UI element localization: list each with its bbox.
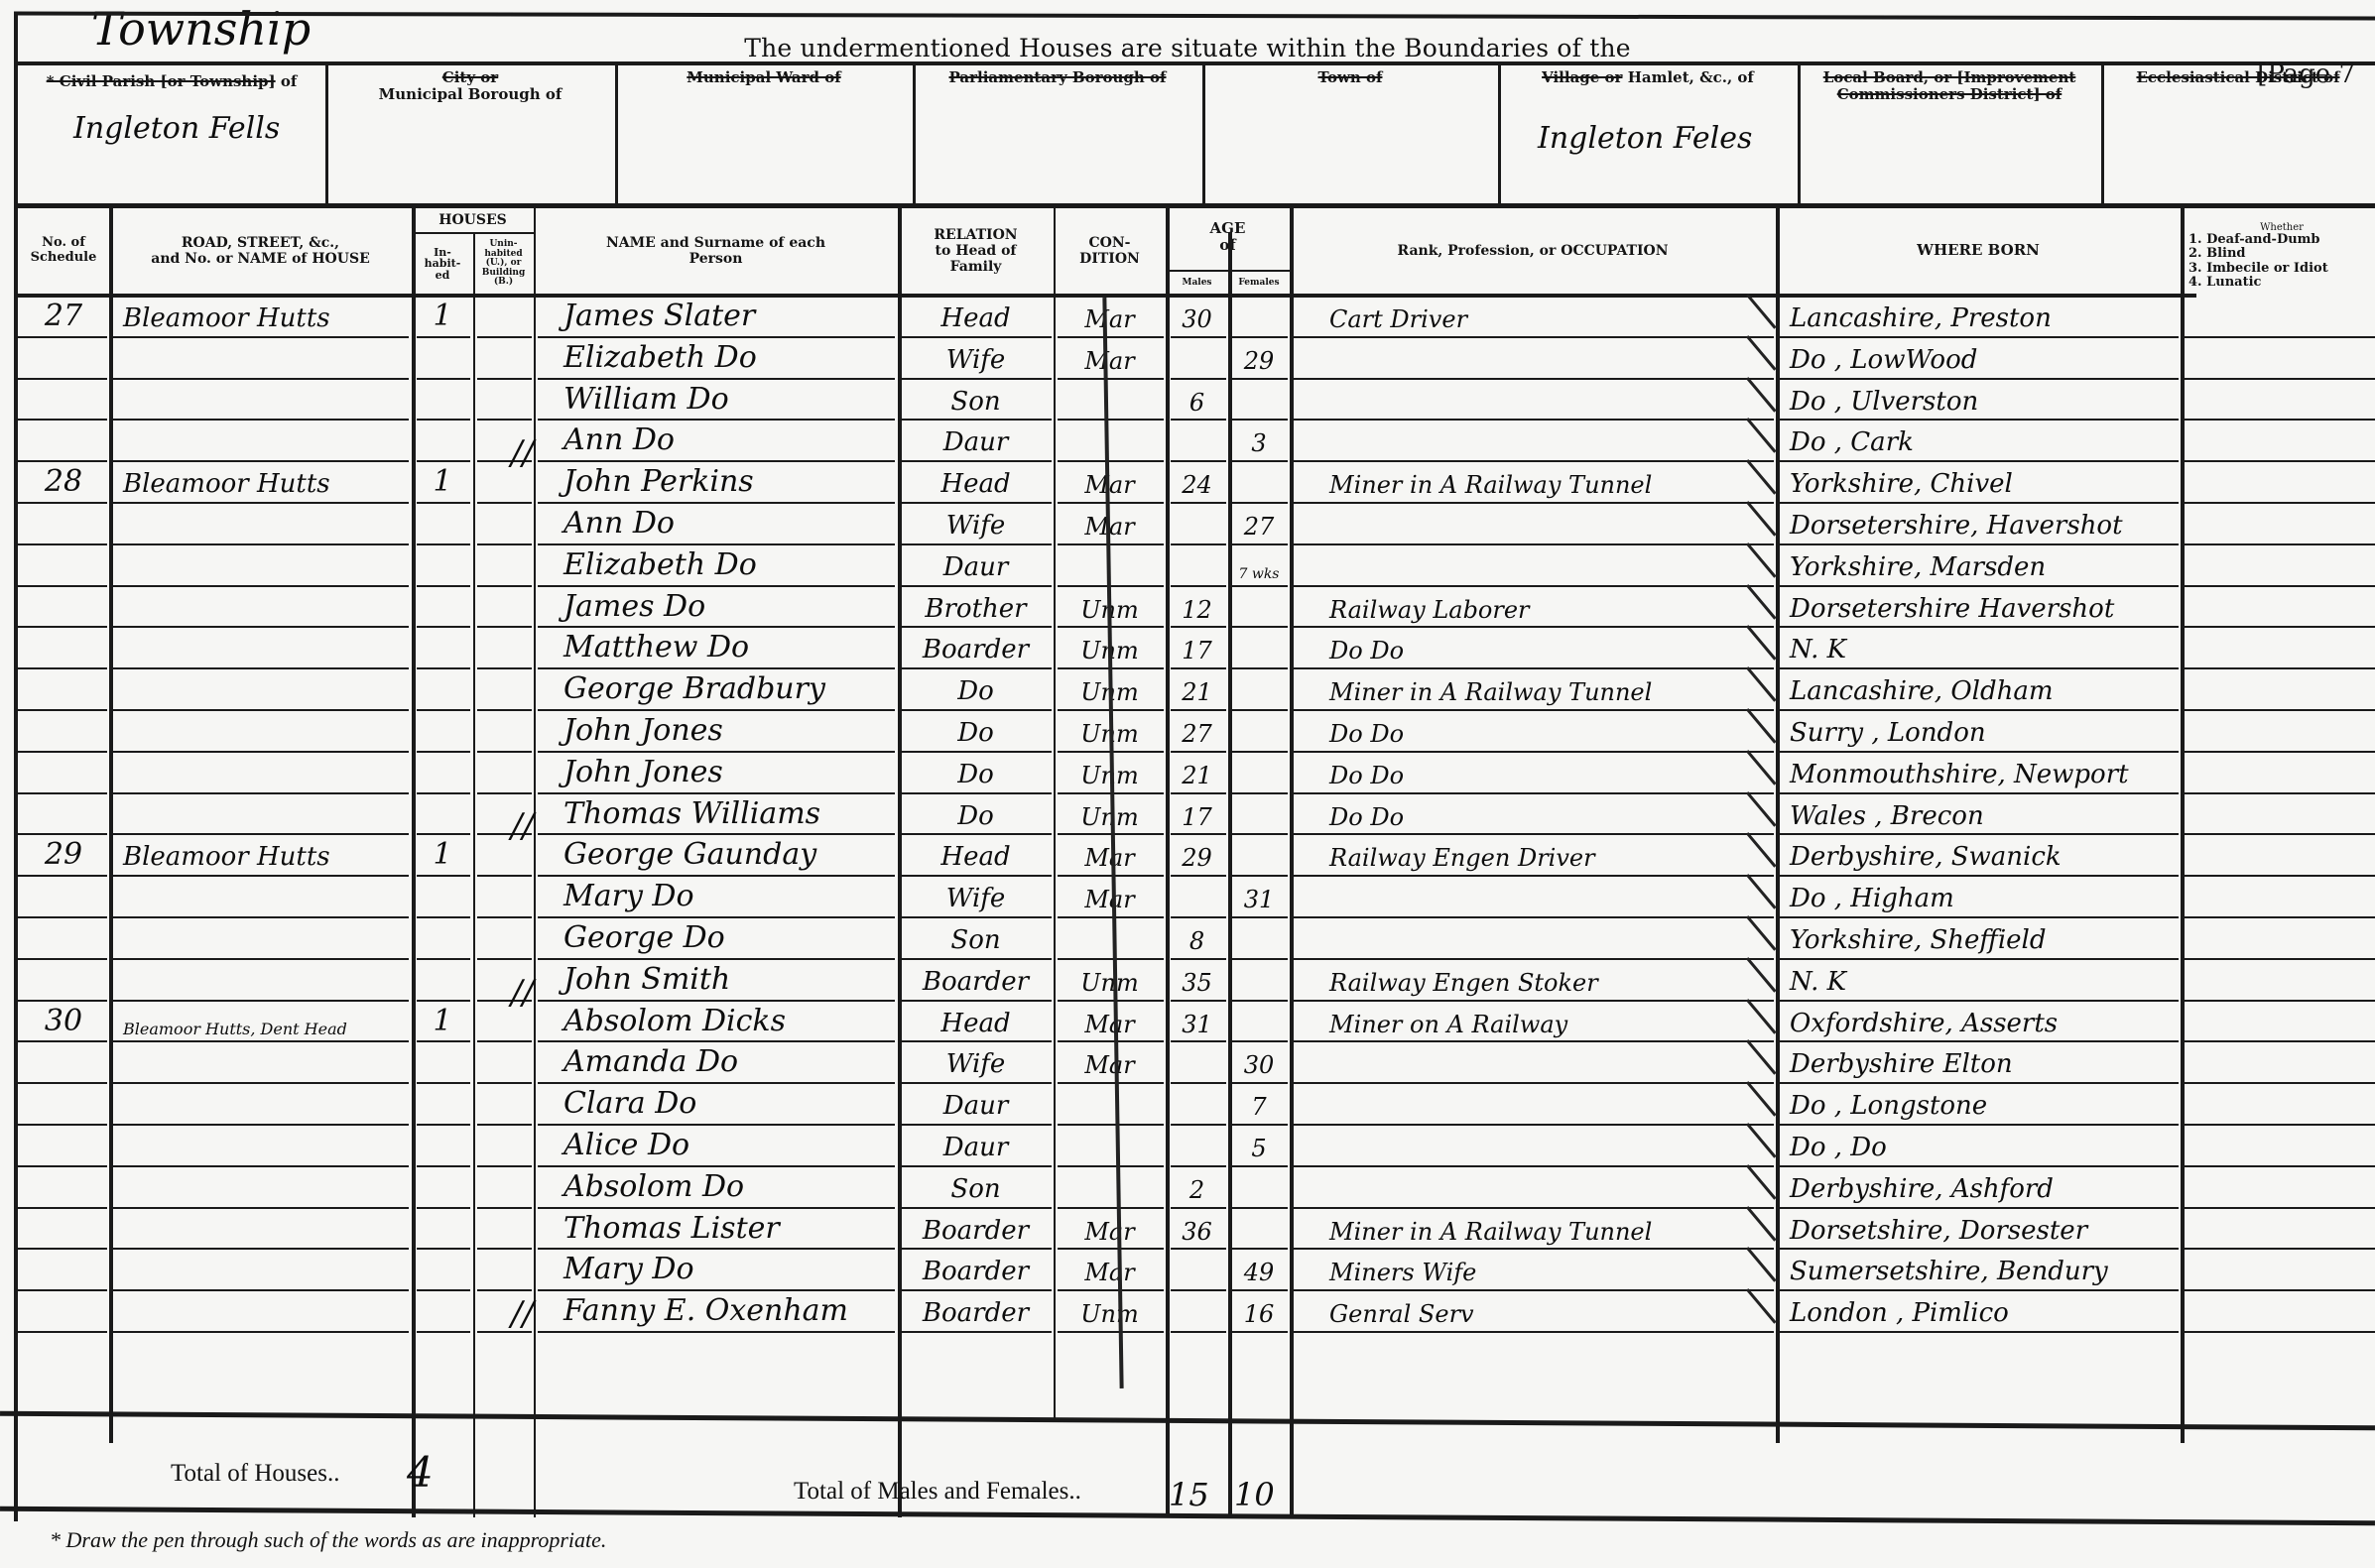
- cell-occupation: Cart Driver: [1329, 292, 1776, 333]
- cell-occupation: Do Do: [1329, 706, 1776, 748]
- form-title: The undermentioned Houses are situate wi…: [0, 34, 2375, 62]
- cell-males: 17: [1166, 623, 1228, 664]
- header-line: Males: [1182, 278, 1211, 288]
- district-label-line: Municipal Ward of: [619, 69, 909, 86]
- row-rule: [477, 792, 532, 794]
- row-rule: [477, 1165, 532, 1167]
- cell-road: Bleamoor Hutts: [123, 457, 412, 499]
- cell-relation: Do: [898, 789, 1054, 831]
- cell-schedule: [18, 872, 109, 913]
- cell-name: John Perkins: [563, 457, 898, 499]
- cell-relation: Boarder: [898, 1245, 1054, 1286]
- struck-text: * Civil Parish [or Township]: [47, 72, 276, 90]
- cell-females: [1228, 997, 1290, 1038]
- cell-name: John Jones: [563, 748, 898, 789]
- cell-inhabited: [412, 706, 473, 748]
- row-rule: [477, 751, 532, 753]
- cell-occupation: Do Do: [1329, 623, 1776, 664]
- cell-name: George Do: [563, 913, 898, 955]
- column-header-uninhabited: Unin-habited(U.), orBuilding(B.): [473, 234, 534, 294]
- column-header-road: ROAD, STREET, &c.,and No. or NAME of HOU…: [109, 208, 412, 294]
- cell-name: Clara Do: [563, 1079, 898, 1121]
- cell-females: [1228, 664, 1290, 706]
- cell-females: [1228, 706, 1290, 748]
- column-header-relation: RELATIONto Head ofFamily: [898, 208, 1054, 294]
- cell-relation: Wife: [898, 872, 1054, 913]
- cell-schedule: [18, 955, 109, 997]
- cell-name: Matthew Do: [563, 623, 898, 664]
- row-rule: [113, 1331, 409, 1333]
- cell-inhabited: [412, 375, 473, 417]
- cell-schedule: [18, 1245, 109, 1286]
- cell-where-born: Yorkshire, Chivel: [1790, 457, 2181, 499]
- cell-road: [123, 706, 412, 748]
- column-rule: [1290, 1420, 1293, 1517]
- cell-condition: Mar: [1054, 872, 1166, 913]
- cell-condition: Mar: [1054, 1245, 1166, 1286]
- cell-relation: Daur: [898, 1121, 1054, 1162]
- cell-road: [123, 913, 412, 955]
- cell-where-born: Surry , London: [1790, 706, 2181, 748]
- cell-name: Thomas Lister: [563, 1204, 898, 1246]
- cell-schedule: 28: [18, 457, 109, 499]
- cell-condition: Unm: [1054, 955, 1166, 997]
- cell-name: Mary Do: [563, 1245, 898, 1286]
- cell-males: [1166, 1245, 1228, 1286]
- cell-schedule: [18, 1162, 109, 1204]
- cell-relation: Wife: [898, 499, 1054, 541]
- cell-males: 31: [1166, 997, 1228, 1038]
- cell-occupation: Miner in A Railway Tunnel: [1329, 1204, 1776, 1246]
- cell-schedule: [18, 1121, 109, 1162]
- cell-relation: Son: [898, 913, 1054, 955]
- cell-name: James Slater: [563, 292, 898, 333]
- row-rule: [477, 502, 532, 504]
- cell-occupation: Railway Laborer: [1329, 582, 1776, 624]
- cell-name: William Do: [563, 375, 898, 417]
- cell-occupation: [1329, 872, 1776, 913]
- cell-schedule: [18, 1037, 109, 1079]
- cell-where-born: Do , Do: [1790, 1121, 2181, 1162]
- row-rule: [18, 1331, 107, 1333]
- cell-name: Thomas Williams: [563, 789, 898, 831]
- cell-road: [123, 1286, 412, 1328]
- cell-males: [1166, 416, 1228, 457]
- cell-males: 6: [1166, 375, 1228, 417]
- header-line: 1. Deaf-and-Dumb: [2188, 233, 2375, 247]
- cell-relation: Boarder: [898, 1204, 1054, 1246]
- district-label-village-hamlet: Village or Hamlet, &c., of: [1502, 69, 1794, 86]
- row-rule: [2185, 378, 2375, 380]
- cell-road: [123, 1245, 412, 1286]
- cell-females: 49: [1228, 1245, 1290, 1286]
- district-value-village-hamlet: Ingleton Feles: [1538, 121, 1752, 156]
- cell-where-born: Derbyshire, Swanick: [1790, 830, 2181, 872]
- cell-relation: Daur: [898, 416, 1054, 457]
- cell-road: Bleamoor Hutts, Dent Head: [123, 997, 412, 1038]
- header-line: ed: [436, 270, 450, 282]
- cell-road: [123, 375, 412, 417]
- cell-relation: Do: [898, 706, 1054, 748]
- cell-name: Elizabeth Do: [563, 333, 898, 375]
- cell-females: [1228, 292, 1290, 333]
- label-text: Hamlet, &c., of: [1622, 68, 1753, 86]
- cell-relation: Head: [898, 830, 1054, 872]
- row-rule: [477, 336, 532, 338]
- cell-relation: Boarder: [898, 955, 1054, 997]
- cell-females: [1228, 830, 1290, 872]
- cell-females: [1228, 582, 1290, 624]
- cell-inhabited: [412, 1121, 473, 1162]
- cell-name: John Smith: [563, 955, 898, 997]
- row-rule: [2185, 1248, 2375, 1250]
- cell-where-born: Oxfordshire, Asserts: [1790, 997, 2181, 1038]
- row-rule: [2185, 543, 2375, 545]
- cell-inhabited: [412, 872, 473, 913]
- row-rule: [2185, 502, 2375, 504]
- cell-where-born: Dorsetershire, Havershot: [1790, 499, 2181, 541]
- column-header-where-born: WHERE BORN: [1776, 208, 2181, 294]
- cell-where-born: London , Pimlico: [1790, 1286, 2181, 1328]
- cell-males: [1166, 499, 1228, 541]
- header-line: Schedule: [31, 251, 97, 266]
- cell-occupation: Railway Engen Driver: [1329, 830, 1776, 872]
- cell-inhabited: [412, 664, 473, 706]
- header-line: (B.): [494, 278, 513, 287]
- cell-condition: [1054, 1079, 1166, 1121]
- row-rule: [477, 378, 532, 380]
- cell-schedule: [18, 1286, 109, 1328]
- cell-females: 31: [1228, 872, 1290, 913]
- header-line: 2. Blind: [2188, 247, 2375, 261]
- cell-road: [123, 541, 412, 582]
- row-rule: [2185, 1040, 2375, 1042]
- cell-occupation: [1329, 499, 1776, 541]
- label-text: of: [276, 72, 298, 90]
- row-rule: [902, 1331, 1052, 1333]
- district-label-civil-parish: * Civil Parish [or Township] of: [22, 73, 321, 90]
- cell-where-born: Lancashire, Oldham: [1790, 664, 2181, 706]
- row-rule: [2185, 1331, 2375, 1333]
- cell-relation: Son: [898, 375, 1054, 417]
- cell-road: [123, 416, 412, 457]
- district-divider: [1202, 65, 1205, 204]
- cell-females: 29: [1228, 333, 1290, 375]
- cell-occupation: [1329, 1162, 1776, 1204]
- cell-road: [123, 333, 412, 375]
- cell-where-born: Do , LowWood: [1790, 333, 2181, 375]
- cell-occupation: [1329, 541, 1776, 582]
- cell-inhabited: 1: [412, 457, 473, 499]
- cell-where-born: Do , Higham: [1790, 872, 2181, 913]
- cell-condition: [1054, 913, 1166, 955]
- cell-schedule: [18, 664, 109, 706]
- cell-schedule: [18, 333, 109, 375]
- cell-condition: Mar: [1054, 333, 1166, 375]
- cell-occupation: [1329, 1121, 1776, 1162]
- row-rule: [477, 1207, 532, 1209]
- cell-occupation: Do Do: [1329, 789, 1776, 831]
- cell-road: [123, 1079, 412, 1121]
- cell-relation: Daur: [898, 1079, 1054, 1121]
- row-rule: [2185, 751, 2375, 753]
- cell-occupation: [1329, 416, 1776, 457]
- header-line: NAME and Surname of each: [606, 235, 825, 251]
- cell-name: George Gaunday: [563, 830, 898, 872]
- header-line: No. of: [42, 236, 85, 251]
- cell-condition: Mar: [1054, 292, 1166, 333]
- cell-relation: Do: [898, 664, 1054, 706]
- cell-males: 36: [1166, 1204, 1228, 1246]
- column-header-males: Males: [1166, 272, 1228, 294]
- row-rule: [2185, 336, 2375, 338]
- header-line: and No. or NAME of HOUSE: [151, 251, 370, 267]
- cell-females: [1228, 623, 1290, 664]
- cell-females: [1228, 748, 1290, 789]
- cell-relation: Boarder: [898, 623, 1054, 664]
- row-rule: [477, 1124, 532, 1126]
- cell-relation: Son: [898, 1162, 1054, 1204]
- cell-road: [123, 1121, 412, 1162]
- cell-males: [1166, 1121, 1228, 1162]
- row-rule: [2185, 709, 2375, 711]
- cell-road: [123, 955, 412, 997]
- cell-inhabited: [412, 1204, 473, 1246]
- cell-schedule: [18, 623, 109, 664]
- district-label-parliamentary-borough: Parliamentary Borough of: [917, 69, 1198, 86]
- district-label-ecclesiastical-district: Ecclesiastical District of: [2105, 69, 2371, 86]
- cell-condition: Mar: [1054, 457, 1166, 499]
- district-label-municipal-borough: City orMunicipal Borough of: [329, 69, 611, 104]
- cell-where-born: Dorsetershire Havershot: [1790, 582, 2181, 624]
- cell-where-born: Derbyshire Elton: [1790, 1037, 2181, 1079]
- cell-road: [123, 623, 412, 664]
- cell-occupation: Miner on A Railway: [1329, 997, 1776, 1038]
- cell-schedule: [18, 748, 109, 789]
- cell-males: [1166, 333, 1228, 375]
- row-rule: [477, 1289, 532, 1291]
- cell-females: [1228, 1162, 1290, 1204]
- cell-occupation: [1329, 1079, 1776, 1121]
- cell-inhabited: [412, 582, 473, 624]
- row-rule: [1171, 1331, 1226, 1333]
- cell-condition: Mar: [1054, 997, 1166, 1038]
- row-rule: [2185, 833, 2375, 835]
- row-rule: [2185, 792, 2375, 794]
- cell-females: 3: [1228, 416, 1290, 457]
- cell-relation: Do: [898, 748, 1054, 789]
- row-rule: [2185, 585, 2375, 587]
- row-rule: [2185, 916, 2375, 918]
- household-separator-mark: //: [511, 973, 534, 1013]
- cell-males: 29: [1166, 830, 1228, 872]
- column-header-schedule: No. ofSchedule: [18, 208, 109, 294]
- cell-name: Absolom Do: [563, 1162, 898, 1204]
- header-line: Females: [1238, 278, 1279, 288]
- cell-road: [123, 582, 412, 624]
- household-separator-mark: //: [511, 806, 534, 846]
- cell-females: 5: [1228, 1121, 1290, 1162]
- cell-inhabited: [412, 333, 473, 375]
- column-header-females: Females: [1228, 272, 1290, 294]
- cell-occupation: Miner in A Railway Tunnel: [1329, 664, 1776, 706]
- row-rule: [2185, 460, 2375, 462]
- row-rule: [538, 1331, 895, 1333]
- row-rule: [477, 419, 532, 421]
- cell-relation: Daur: [898, 541, 1054, 582]
- totals-top-rule: [0, 1411, 2375, 1431]
- cell-schedule: 27: [18, 292, 109, 333]
- cell-inhabited: [412, 913, 473, 955]
- cell-males: 12: [1166, 582, 1228, 624]
- cell-females: 16: [1228, 1286, 1290, 1328]
- cell-where-born: Derbyshire, Ashford: [1790, 1162, 2181, 1204]
- cell-relation: Head: [898, 997, 1054, 1038]
- cell-schedule: [18, 706, 109, 748]
- cell-name: Amanda Do: [563, 1037, 898, 1079]
- cell-where-born: Do , Longstone: [1790, 1079, 2181, 1121]
- household-separator-mark: //: [511, 433, 534, 473]
- row-rule: [477, 1040, 532, 1042]
- cell-relation: Head: [898, 457, 1054, 499]
- row-rule: [477, 709, 532, 711]
- cell-males: 8: [1166, 913, 1228, 955]
- district-label-line: Ecclesiastical District of: [2105, 69, 2371, 86]
- row-rule: [2185, 1207, 2375, 1209]
- cell-condition: Unm: [1054, 1286, 1166, 1328]
- cell-condition: [1054, 416, 1166, 457]
- header-line: DITION: [1079, 251, 1140, 267]
- district-label-line: Local Board, or [Improvement: [1802, 69, 2097, 86]
- cell-schedule: [18, 913, 109, 955]
- cell-road: [123, 664, 412, 706]
- cell-relation: Brother: [898, 582, 1054, 624]
- cell-males: [1166, 1079, 1228, 1121]
- total-males-value: 15: [1169, 1476, 1209, 1513]
- cell-name: Elizabeth Do: [563, 541, 898, 582]
- cell-occupation: Railway Engen Stoker: [1329, 955, 1776, 997]
- cell-relation: Wife: [898, 1037, 1054, 1079]
- footnote: * Draw the pen through such of the words…: [50, 1527, 606, 1553]
- district-label-municipal-ward: Municipal Ward of: [619, 69, 909, 86]
- cell-males: 24: [1166, 457, 1228, 499]
- row-rule: [2185, 958, 2375, 960]
- cell-schedule: [18, 541, 109, 582]
- cell-road: [123, 789, 412, 831]
- district-label-line: Municipal Borough of: [329, 86, 611, 103]
- cell-females: [1228, 955, 1290, 997]
- cell-road: [123, 872, 412, 913]
- column-header-occupation: Rank, Profession, or OCCUPATION: [1290, 208, 1776, 294]
- cell-inhabited: 1: [412, 997, 473, 1038]
- cell-females: [1228, 375, 1290, 417]
- cell-inhabited: [412, 416, 473, 457]
- cell-males: [1166, 541, 1228, 582]
- top-border: [14, 12, 2375, 21]
- cell-females: [1228, 457, 1290, 499]
- cell-schedule: [18, 499, 109, 541]
- cell-occupation: [1329, 333, 1776, 375]
- cell-schedule: 30: [18, 997, 109, 1038]
- cell-schedule: [18, 375, 109, 417]
- cell-name: Mary Do: [563, 872, 898, 913]
- cell-where-born: Dorsetshire, Dorsester: [1790, 1204, 2181, 1246]
- cell-road: Bleamoor Hutts: [123, 292, 412, 333]
- row-rule: [417, 1331, 470, 1333]
- cell-name: John Jones: [563, 706, 898, 748]
- row-rule: [477, 875, 532, 877]
- cell-inhabited: [412, 789, 473, 831]
- district-divider: [615, 65, 618, 204]
- cell-name: Absolom Dicks: [563, 997, 898, 1038]
- district-divider: [325, 65, 328, 204]
- cell-relation: Boarder: [898, 1286, 1054, 1328]
- cell-name: Alice Do: [563, 1121, 898, 1162]
- cell-road: [123, 499, 412, 541]
- cell-schedule: [18, 582, 109, 624]
- row-rule: [2185, 667, 2375, 669]
- cell-inhabited: [412, 1037, 473, 1079]
- cell-where-born: Do , Cark: [1790, 416, 2181, 457]
- cell-males: [1166, 1286, 1228, 1328]
- cell-name: James Do: [563, 582, 898, 624]
- district-label-local-board: Local Board, or [ImprovementCommissioner…: [1802, 69, 2097, 104]
- row-rule: [2185, 419, 2375, 421]
- cell-road: Bleamoor Hutts: [123, 830, 412, 872]
- cell-schedule: [18, 1079, 109, 1121]
- cell-inhabited: [412, 541, 473, 582]
- district-divider: [913, 65, 916, 204]
- column-header-name: NAME and Surname of eachPerson: [534, 208, 898, 294]
- cell-females: 30: [1228, 1037, 1290, 1079]
- cell-inhabited: [412, 748, 473, 789]
- district-value-civil-parish: Ingleton Fells: [73, 111, 280, 146]
- cell-schedule: 29: [18, 830, 109, 872]
- cell-occupation: Genral Serv: [1329, 1286, 1776, 1328]
- row-rule: [1058, 1331, 1164, 1333]
- row-rule: [477, 1082, 532, 1084]
- cell-name: Fanny E. Oxenham: [563, 1286, 898, 1328]
- row-rule: [477, 667, 532, 669]
- column-header-infirmity: Whether1. Deaf-and-Dumb2. Blind3. Imbeci…: [2188, 222, 2375, 290]
- cell-males: 2: [1166, 1162, 1228, 1204]
- row-rule: [1232, 1331, 1288, 1333]
- cell-name: Ann Do: [563, 416, 898, 457]
- cell-females: [1228, 1204, 1290, 1246]
- cell-road: [123, 748, 412, 789]
- cell-road: [123, 1204, 412, 1246]
- cell-females: [1228, 913, 1290, 955]
- cell-condition: [1054, 1121, 1166, 1162]
- row-rule: [2185, 1165, 2375, 1167]
- cell-condition: Mar: [1054, 830, 1166, 872]
- cell-name: Ann Do: [563, 499, 898, 541]
- cell-females: 7: [1228, 1079, 1290, 1121]
- cell-inhabited: [412, 955, 473, 997]
- cell-inhabited: [412, 623, 473, 664]
- cell-inhabited: [412, 1245, 473, 1286]
- district-label-town: Town of: [1206, 69, 1494, 86]
- cell-inhabited: [412, 1286, 473, 1328]
- cell-schedule: [18, 789, 109, 831]
- district-label-line: Town of: [1206, 69, 1494, 86]
- cell-condition: Mar: [1054, 1204, 1166, 1246]
- row-rule: [477, 585, 532, 587]
- cell-females: 7 wks: [1228, 541, 1290, 582]
- cell-occupation: Do Do: [1329, 748, 1776, 789]
- cell-condition: Mar: [1054, 1037, 1166, 1079]
- cell-occupation: [1329, 375, 1776, 417]
